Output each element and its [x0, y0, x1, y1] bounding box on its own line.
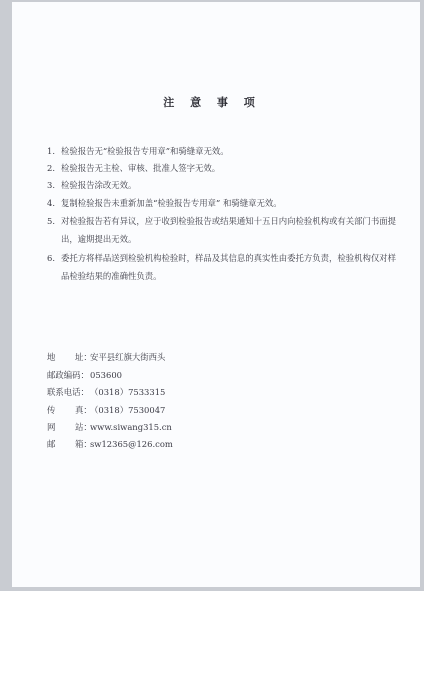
contact-phone: 联系电话：（0318）7533315	[47, 386, 165, 398]
postcode-value: 053600	[90, 370, 122, 380]
notice-number: 6.	[47, 253, 55, 264]
notice-text: 委托方将样品送到检验机构检验时，样品及其信息的真实性由委托方负责，检验机构仅对样	[61, 253, 396, 264]
phone-value: （0318）7533315	[90, 387, 165, 397]
notice-text: 检验报告无“检验报告专用章”和骑缝章无效。	[61, 146, 229, 157]
notice-text: 品检验结果的准确性负责。	[61, 271, 162, 282]
website-label: 网	[47, 421, 75, 433]
notice-number: 1.	[47, 146, 55, 157]
scanned-page-background	[0, 0, 424, 591]
contact-website: 网站：www.siwang315.cn	[47, 421, 172, 433]
address-value: 安平县红旗大街西头	[90, 352, 165, 362]
notice-text: 出，逾期提出无效。	[61, 234, 136, 245]
contact-email: 邮箱：sw12365@126.com	[47, 438, 173, 450]
contact-address: 地址：安平县红旗大街西头	[47, 351, 165, 363]
document-page	[12, 2, 420, 587]
postcode-label: 邮政编码：	[47, 369, 90, 381]
email-label: 邮	[47, 438, 75, 450]
notice-text: 检验报告涂改无效。	[61, 180, 136, 191]
contact-postcode: 邮政编码：053600	[47, 369, 122, 381]
email-value: sw12365@126.com	[90, 439, 173, 449]
website-value: www.siwang315.cn	[90, 422, 172, 432]
notice-number: 5.	[47, 216, 55, 227]
fax-value: （0318）7530047	[90, 405, 165, 415]
phone-label: 联系电话：	[47, 386, 90, 398]
page-title: 注 意 事 项	[0, 94, 424, 110]
address-label: 地	[47, 351, 75, 363]
notice-text: 复制检验报告未重新加盖“检验报告专用章” 和骑缝章无效。	[61, 198, 282, 209]
notice-number: 3.	[47, 180, 55, 191]
fax-label: 传	[47, 404, 75, 416]
notice-text: 对检验报告若有异议，应于收到检验报告或结果通知十五日内向检验机构或有关部门书面提	[61, 216, 396, 227]
notice-number: 4.	[47, 198, 55, 209]
notice-number: 2.	[47, 163, 55, 174]
contact-fax: 传真：（0318）7530047	[47, 404, 165, 416]
notice-text: 检验报告无主检、审核、批准人签字无效。	[61, 163, 220, 174]
